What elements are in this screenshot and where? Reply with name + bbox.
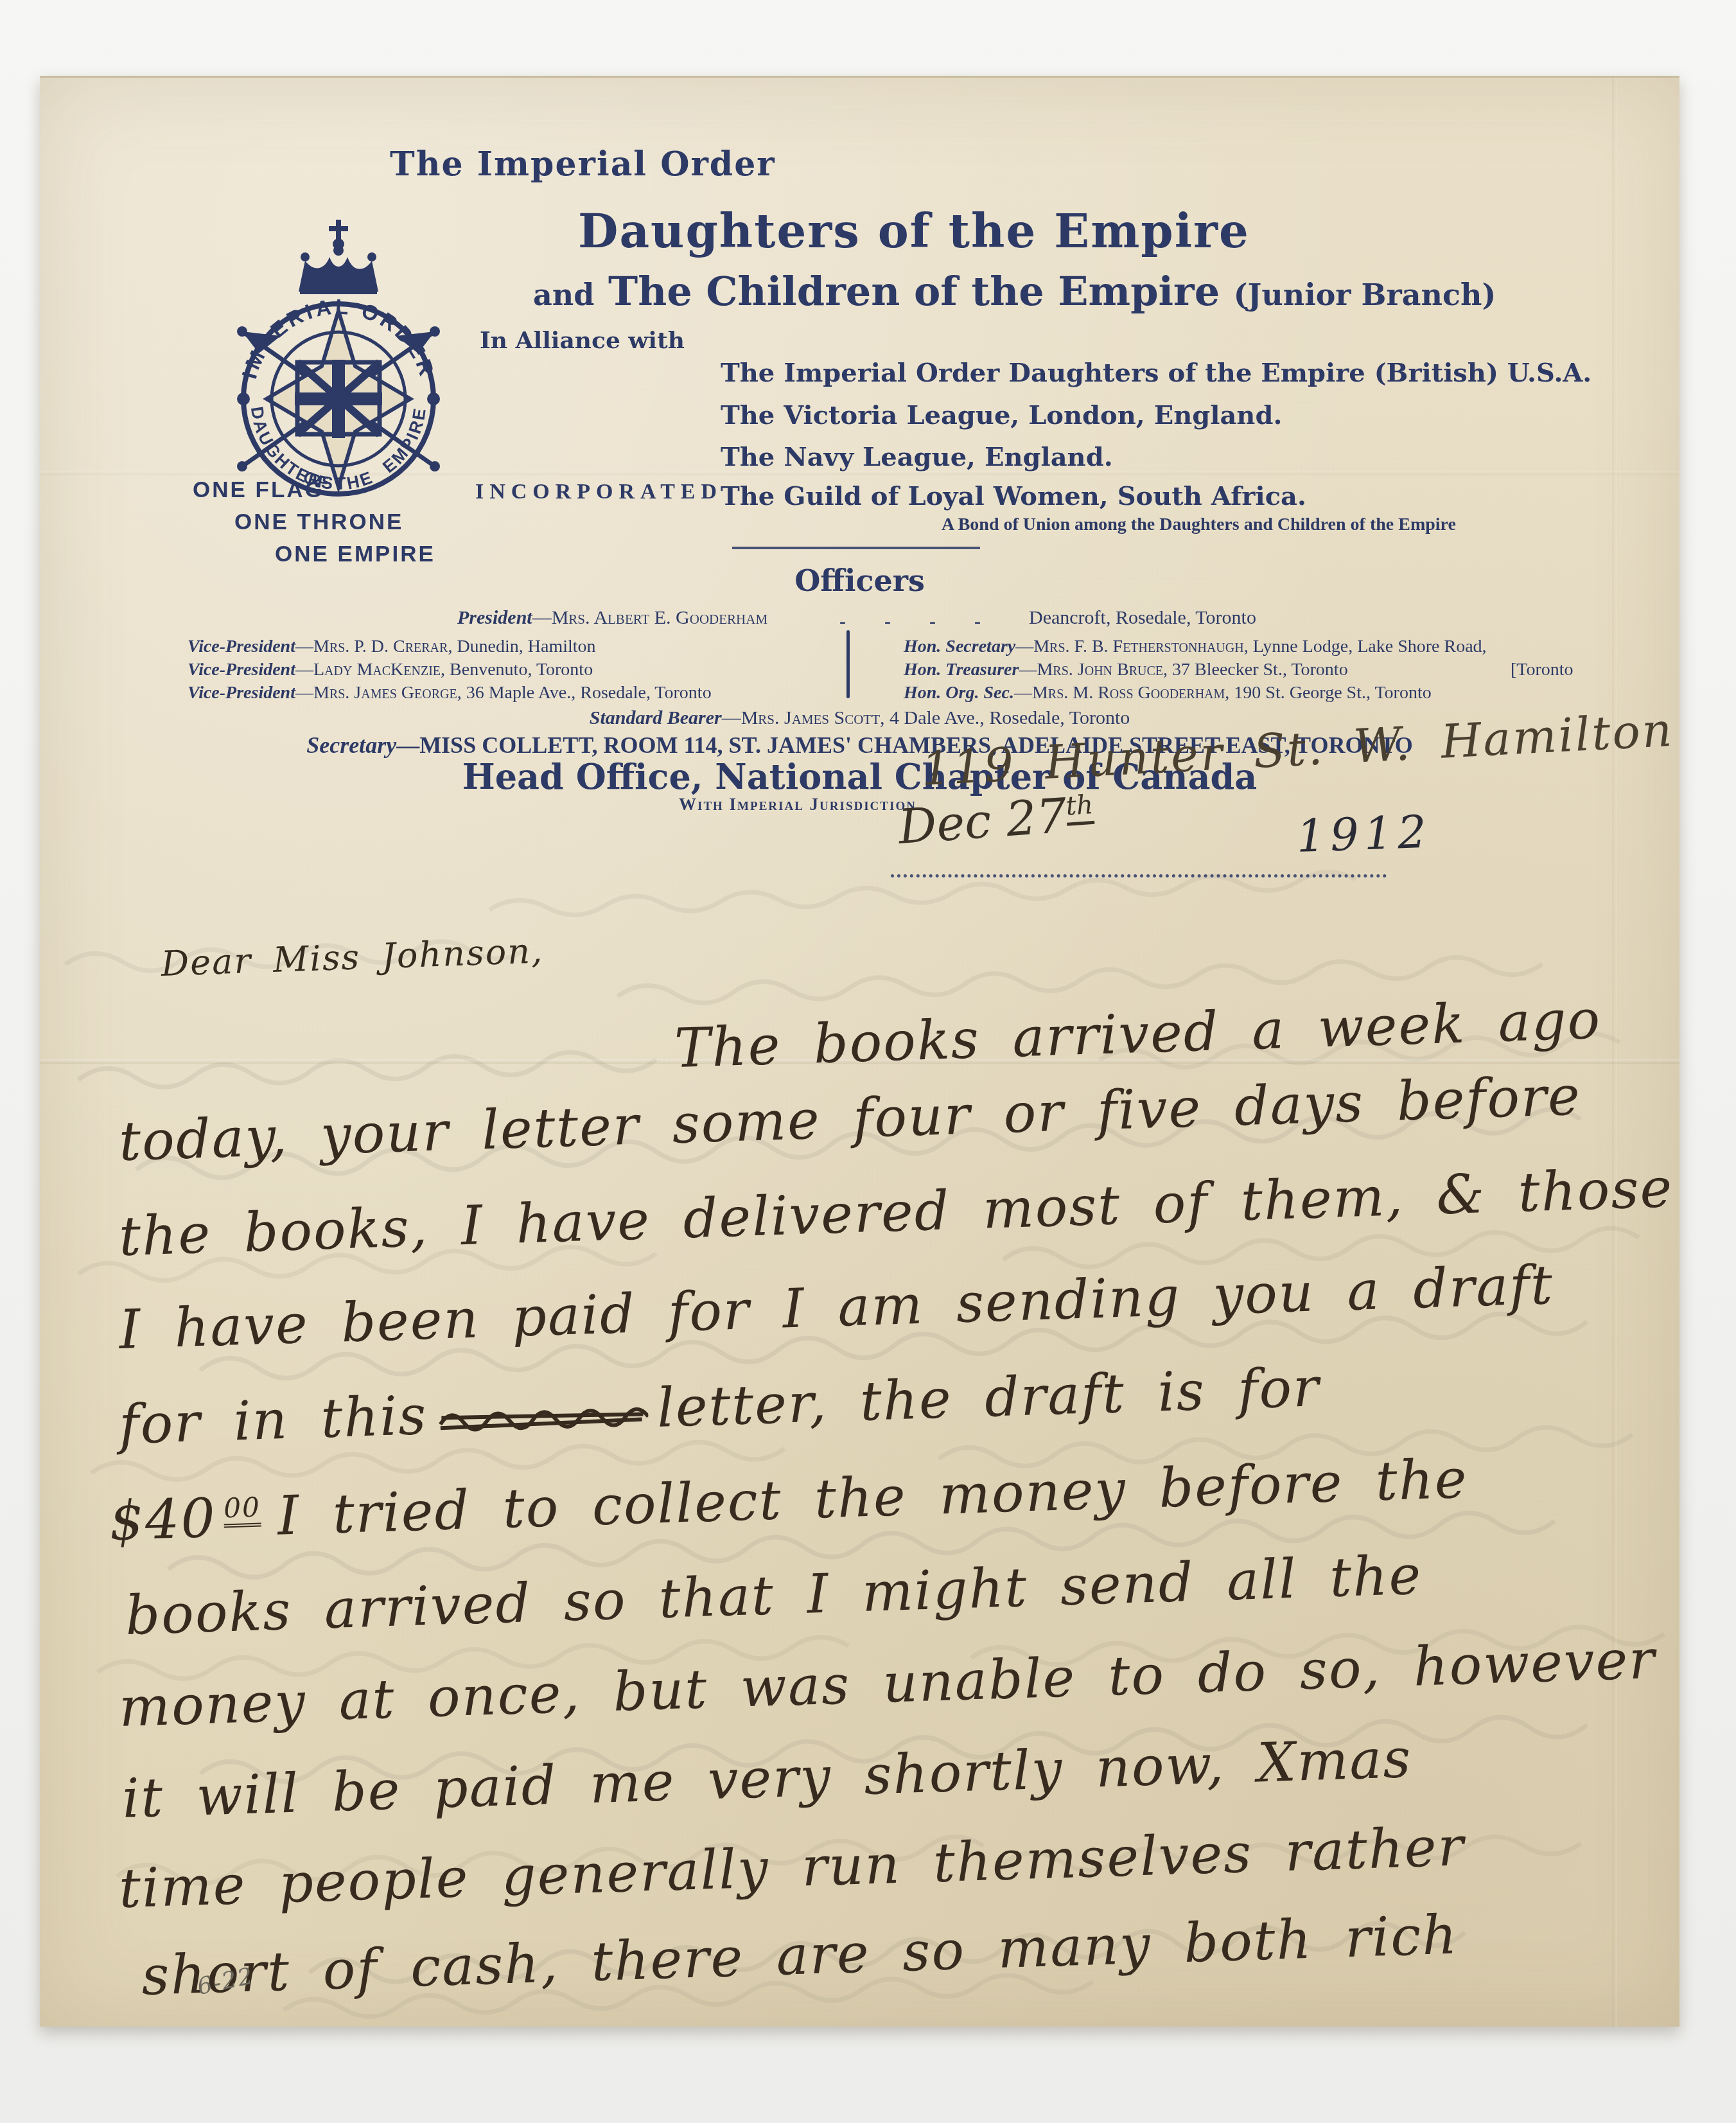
motto-one-flag: ONE FLAG bbox=[193, 477, 324, 503]
letter-body-line: The books arrived a week ago bbox=[674, 988, 1602, 1080]
crown-icon bbox=[299, 220, 378, 294]
officer-row: Hon. Org. Sec.—Mrs. M. Ross Gooderham, 1… bbox=[904, 683, 1432, 703]
date-dotted-line bbox=[891, 874, 1387, 877]
handwritten-year: 1912 bbox=[1295, 806, 1432, 863]
org-line3-and: and bbox=[533, 277, 594, 312]
alliance-intro: In Alliance with bbox=[480, 327, 685, 354]
bond-of-union-line: A Bond of Union among the Daughters and … bbox=[942, 515, 1456, 535]
alliance-line: The Guild of Loyal Women, South Africa. bbox=[721, 481, 1306, 511]
column-divider bbox=[846, 630, 850, 698]
salutation: Dear Miss Johnson, bbox=[161, 930, 544, 984]
iode-crest: IMPERIAL ORDER DAUGHTERS OF THE EMPIRE bbox=[204, 209, 473, 505]
officer-row: Hon. Secretary—Mrs. F. B. Fetherstonhaug… bbox=[904, 637, 1487, 657]
officer-row: Hon. Treasurer—Mrs. John Bruce, 37 Bleec… bbox=[904, 660, 1348, 680]
officer-row: Vice-President—Mrs. James George, 36 Map… bbox=[188, 683, 712, 703]
letter-body-line: it will be paid me very shortly now, Xma… bbox=[121, 1727, 1413, 1830]
officer-row: Vice-President—Mrs. P. D. Crerar, Dunedi… bbox=[188, 637, 596, 657]
letter-body-line: for in thisletter, the draft is for bbox=[118, 1355, 1321, 1456]
letter-body-line: time people generally run themselves rat… bbox=[118, 1815, 1466, 1920]
crossed-out-word bbox=[435, 1383, 649, 1431]
officers-heading: Officers bbox=[40, 563, 1679, 598]
motto-one-throne: ONE THRONE bbox=[234, 509, 403, 535]
incorporated-label: INCORPORATED bbox=[475, 480, 723, 504]
letter-page: IMPERIAL ORDER DAUGHTERS OF THE EMPIRE T… bbox=[40, 76, 1679, 2027]
divider-rule bbox=[732, 547, 980, 549]
address-overflow: [Toronto bbox=[1511, 660, 1574, 680]
band-rosette-left bbox=[237, 392, 250, 405]
officer-row: Vice-President—Lady MacKenzie, Benvenuto… bbox=[188, 660, 593, 680]
letter-body-line: money at once, but was unable to do so, … bbox=[118, 1628, 1657, 1739]
letter-body-line: I have been paid for I am sending you a … bbox=[118, 1253, 1555, 1361]
letter-body-line: today, your letter some four or five day… bbox=[118, 1064, 1582, 1173]
org-line3-main: The Children of the Empire bbox=[608, 268, 1220, 315]
union-jack-center bbox=[295, 360, 382, 438]
alliance-line: The Imperial Order Daughters of the Empi… bbox=[721, 358, 1591, 388]
alliance-line: The Victoria League, London, England. bbox=[721, 400, 1282, 430]
president-dots: - - - - bbox=[839, 611, 981, 633]
scanned-letter: IMPERIAL ORDER DAUGHTERS OF THE EMPIRE T… bbox=[0, 0, 1736, 2123]
band-rosette-right bbox=[427, 392, 440, 405]
letter-body-line: $4000I tried to collect the money before… bbox=[109, 1447, 1469, 1553]
jurisdiction-line: With Imperial Jurisdiction bbox=[679, 795, 916, 815]
org-line3-branch: (Junior Branch) bbox=[1234, 277, 1496, 312]
org-name-line1: The Imperial Order bbox=[390, 145, 776, 184]
letter-body-line: books arrived so that I might send all t… bbox=[125, 1544, 1423, 1647]
officer-president: President—Mrs. Albert E. Gooderham bbox=[457, 607, 767, 629]
letter-body-line: the books, I have delivered most of them… bbox=[118, 1156, 1674, 1268]
president-address: Deancroft, Rosedale, Toronto bbox=[1029, 607, 1256, 629]
alliance-line: The Navy League, England. bbox=[721, 442, 1113, 472]
letter-body-line: short of cash, there are so many both ri… bbox=[141, 1903, 1459, 2007]
org-name-line3: and The Children of the Empire (Junior B… bbox=[533, 268, 1496, 315]
org-name-line2: Daughters of the Empire bbox=[578, 204, 1250, 258]
paper-crease bbox=[1612, 78, 1617, 2027]
